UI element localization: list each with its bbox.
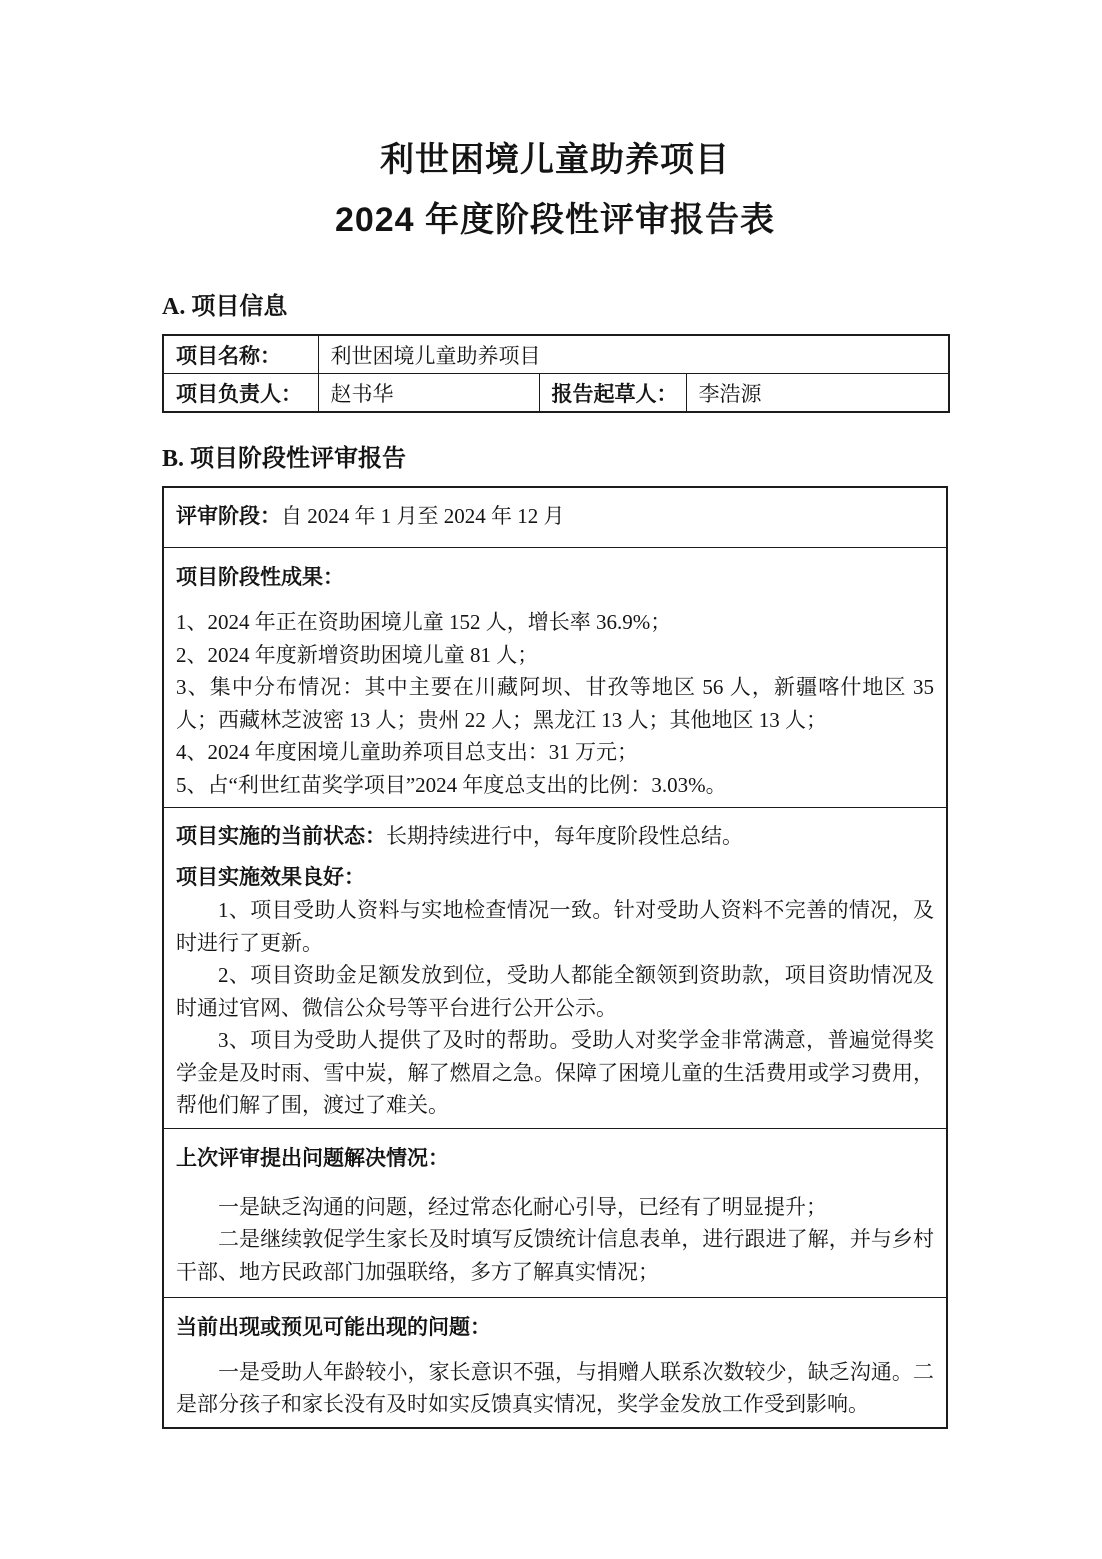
implementation-paragraph-2: 2、项目资助金足额发放到位，受助人都能全额领到资助款，项目资助情况及时通过官网、… (176, 959, 934, 1024)
results-item-2: 2、2024 年度新增资助困境儿童 81 人； (176, 639, 934, 672)
review-period-value: 自 2024 年 1 月至 2024 年 12 月 (281, 504, 565, 528)
current-issues-paragraph: 一是受助人年龄较小，家长意识不强，与捐赠人联系次数较少，缺乏沟通。二是部分孩子和… (176, 1356, 934, 1421)
implementation-paragraph-3: 3、项目为受助人提供了及时的帮助。受助人对奖学金非常满意，普遍觉得奖学金是及时雨… (176, 1024, 934, 1122)
document-page: 利世困境儿童助养项目 2024 年度阶段性评审报告表 A. 项目信息 项目名称：… (0, 0, 1102, 1559)
project-info-row-2: 项目负责人： 赵书华 报告起草人： 李浩源 (163, 374, 949, 413)
results-item-4: 4、2024 年度困境儿童助养项目总支出：31 万元； (176, 736, 934, 769)
section-b-heading: B. 项目阶段性评审报告 (162, 445, 948, 473)
current-issues-row: 当前出现或预见可能出现的问题： 一是受助人年龄较小，家长意识不强，与捐赠人联系次… (164, 1297, 946, 1427)
previous-issues-paragraph-1: 一是缺乏沟通的问题，经过常态化耐心引导，已经有了明显提升； (176, 1191, 934, 1224)
effect-heading: 项目实施效果良好： (176, 862, 934, 892)
document-content: 利世困境儿童助养项目 2024 年度阶段性评审报告表 A. 项目信息 项目名称：… (162, 0, 948, 1429)
report-drafter-value: 李浩源 (686, 374, 949, 413)
report-drafter-label: 报告起草人： (539, 374, 686, 413)
review-period-line: 评审阶段：自 2024 年 1 月至 2024 年 12 月 (176, 502, 934, 530)
current-issues-heading: 当前出现或预见可能出现的问题： (176, 1312, 934, 1342)
project-leader-label: 项目负责人： (163, 374, 318, 413)
results-item-1: 1、2024 年正在资助困境儿童 152 人，增长率 36.9%； (176, 606, 934, 639)
implementation-row: 项目实施的当前状态：长期持续进行中，每年度阶段性总结。 项目实施效果良好： 1、… (164, 807, 946, 1128)
status-value: 长期持续进行中，每年度阶段性总结。 (386, 824, 743, 848)
project-name-value: 利世困境儿童助养项目 (318, 335, 949, 374)
project-info-table: 项目名称： 利世困境儿童助养项目 项目负责人： 赵书华 报告起草人： 李浩源 (162, 334, 950, 413)
review-period-row: 评审阶段：自 2024 年 1 月至 2024 年 12 月 (164, 488, 946, 547)
results-item-5: 5、占“利世红苗奖学项目”2024 年度总支出的比例：3.03%。 (176, 769, 934, 802)
section-a-heading: A. 项目信息 (162, 293, 948, 321)
results-row: 项目阶段性成果： 1、2024 年正在资助困境儿童 152 人，增长率 36.9… (164, 547, 946, 807)
review-report-table: 评审阶段：自 2024 年 1 月至 2024 年 12 月 项目阶段性成果： … (162, 486, 948, 1429)
document-subtitle: 2024 年度阶段性评审报告表 (162, 201, 948, 239)
results-heading: 项目阶段性成果： (176, 562, 934, 592)
implementation-paragraph-1: 1、项目受助人资料与实地检查情况一致。针对受助人资料不完善的情况，及时进行了更新… (176, 894, 934, 959)
previous-issues-heading: 上次评审提出问题解决情况： (176, 1143, 934, 1173)
previous-issues-paragraph-2: 二是继续敦促学生家长及时填写反馈统计信息表单，进行跟进了解，并与乡村干部、地方民… (176, 1223, 934, 1288)
status-label: 项目实施的当前状态： (176, 824, 386, 848)
document-title: 利世困境儿童助养项目 (162, 0, 948, 179)
review-period-label: 评审阶段： (176, 504, 281, 528)
project-name-label: 项目名称： (163, 335, 318, 374)
project-info-row-1: 项目名称： 利世困境儿童助养项目 (163, 335, 949, 374)
implementation-status-line: 项目实施的当前状态：长期持续进行中，每年度阶段性总结。 (176, 822, 934, 850)
previous-issues-row: 上次评审提出问题解决情况： 一是缺乏沟通的问题，经过常态化耐心引导，已经有了明显… (164, 1128, 946, 1297)
results-item-3: 3、集中分布情况：其中主要在川藏阿坝、甘孜等地区 56 人，新疆喀什地区 35 … (176, 671, 934, 736)
project-leader-value: 赵书华 (318, 374, 539, 413)
